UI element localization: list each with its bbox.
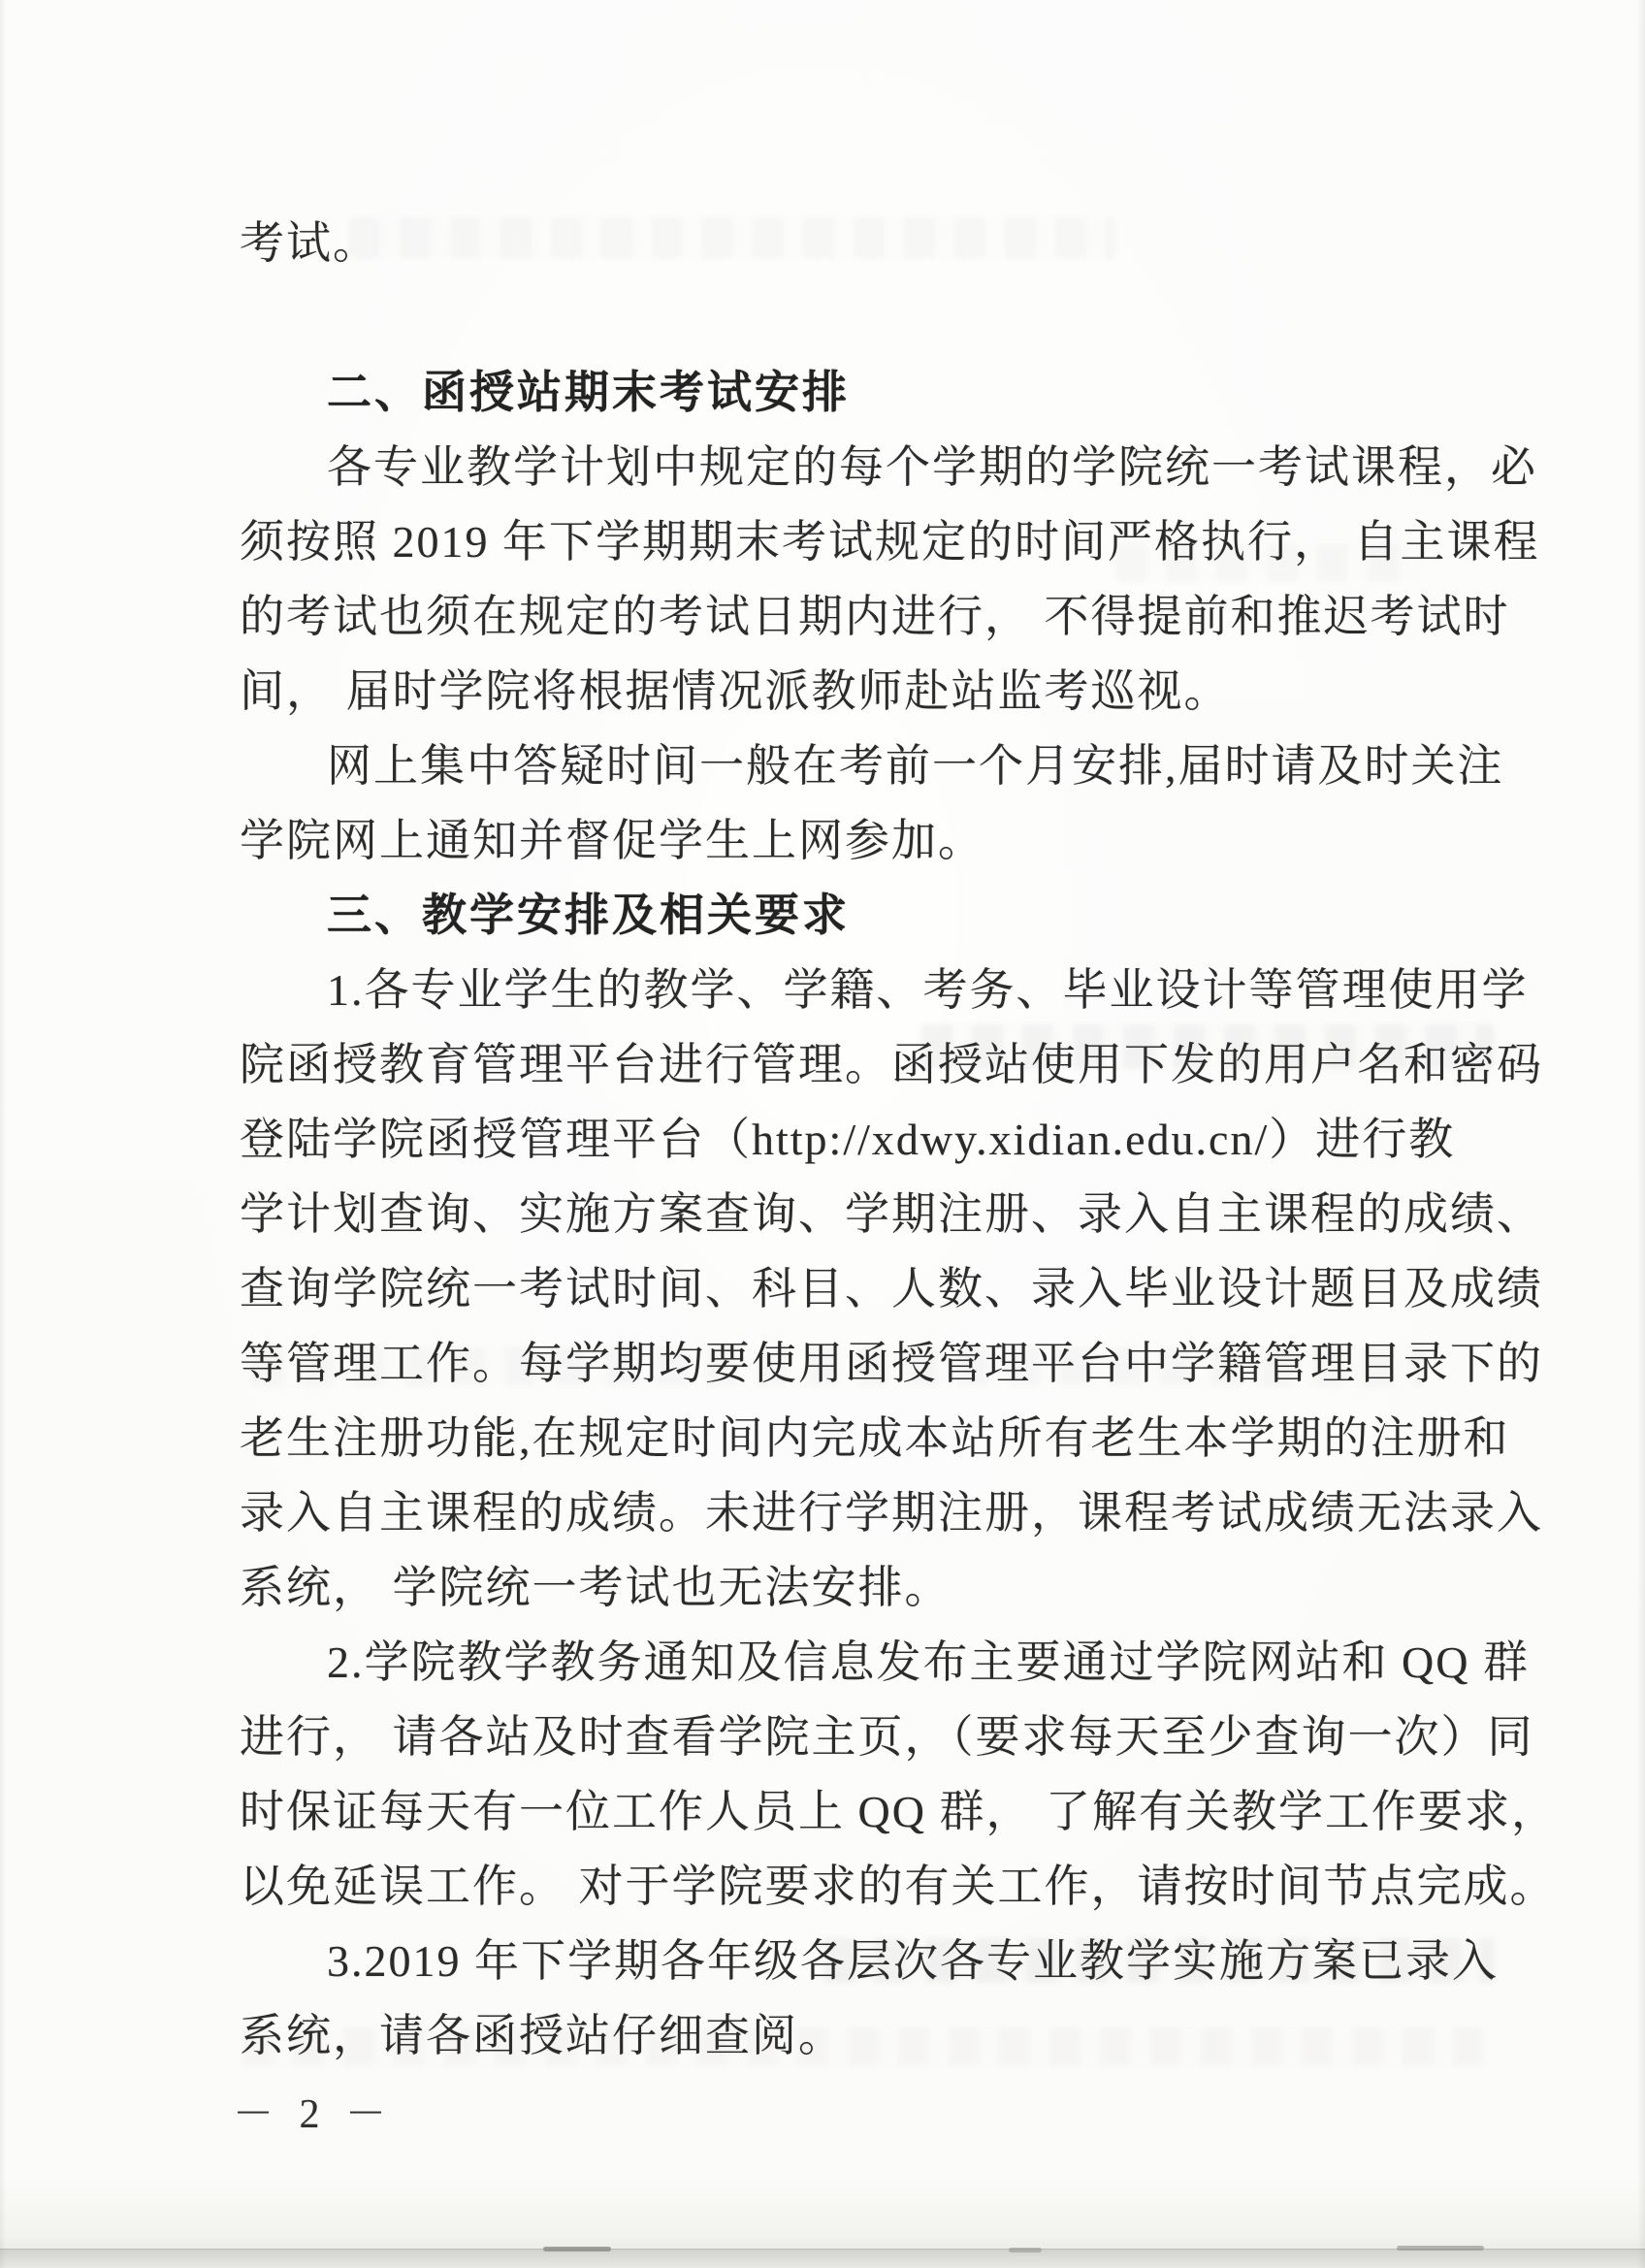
text-line: 录入自主课程的成绩。未进行学期注册，课程考试成绩无法录入: [240, 1475, 1520, 1550]
text-line: 学计划查询、实施方案查询、学期注册、录入自主课程的成绩、: [240, 1177, 1520, 1251]
text-line: 间， 届时学院将根据情况派教师赴站监考巡视。: [240, 654, 1520, 729]
scan-speck-artifact: [1397, 2246, 1484, 2251]
text-line: 等管理工作。每学期均要使用函授管理平台中学籍管理目录下的: [240, 1326, 1520, 1401]
text-line: 查询学院统一考试时间、科目、人数、录入毕业设计题目及成绩: [240, 1251, 1520, 1326]
scan-speck-artifact: [543, 2247, 611, 2252]
text-line: 1.各专业学生的教学、学籍、考务、毕业设计等管理使用学: [240, 953, 1520, 1027]
text-line: 须按照 2019 年下学期期末考试规定的时间严格执行， 自主课程: [240, 504, 1520, 579]
page-number: － 2 －: [233, 2082, 394, 2140]
section-heading: 三、教学安排及相关要求: [240, 878, 1520, 953]
text-line: 时保证每天有一位工作人员上 QQ 群， 了解有关教学工作要求，: [240, 1774, 1520, 1849]
text-line: 2.学院教学教务通知及信息发布主要通过学院网站和 QQ 群: [240, 1625, 1520, 1700]
text-line: 的考试也须在规定的考试日期内进行， 不得提前和推迟考试时: [240, 579, 1520, 654]
scan-edge-artifact: [1637, 0, 1645, 2268]
section-heading: 二、函授站期末考试安排: [240, 355, 1520, 430]
text-line: 进行， 请各站及时查看学院主页，（要求每天至少查询一次）同: [240, 1700, 1520, 1774]
document-body: 考试。 二、函授站期末考试安排各专业教学计划中规定的每个学期的学院统一考试课程，…: [240, 206, 1520, 2073]
text-line: 院函授教育管理平台进行管理。函授站使用下发的用户名和密码: [240, 1027, 1520, 1102]
blank-line: [240, 280, 1520, 355]
scan-speck-artifact: [1009, 2248, 1042, 2252]
text-line: 以免延误工作。 对于学院要求的有关工作，请按时间节点完成。: [240, 1849, 1520, 1924]
text-line: 登陆学院函授管理平台（http://xdwy.xidian.edu.cn/）进行…: [240, 1102, 1520, 1177]
text-line: 各专业教学计划中规定的每个学期的学院统一考试课程，必: [240, 430, 1520, 504]
scanned-document-page: 考试。 二、函授站期末考试安排各专业教学计划中规定的每个学期的学院统一考试课程，…: [0, 0, 1645, 2268]
text-line: 系统， 学院统一考试也无法安排。: [240, 1550, 1520, 1625]
text-line: 系统，请各函授站仔细查阅。: [240, 1998, 1520, 2073]
text-line: 网上集中答疑时间一般在考前一个月安排,届时请及时关注: [240, 729, 1520, 803]
scan-edge-artifact: [0, 0, 6, 2268]
text-line: 考试。: [240, 206, 1520, 280]
text-line: 3.2019 年下学期各年级各层次各专业教学实施方案已录入: [240, 1924, 1520, 1998]
scan-edge-artifact: [0, 2249, 1645, 2268]
text-line: 老生注册功能,在规定时间内完成本站所有老生本学期的注册和: [240, 1401, 1520, 1475]
text-line: 学院网上通知并督促学生上网参加。: [240, 803, 1520, 878]
